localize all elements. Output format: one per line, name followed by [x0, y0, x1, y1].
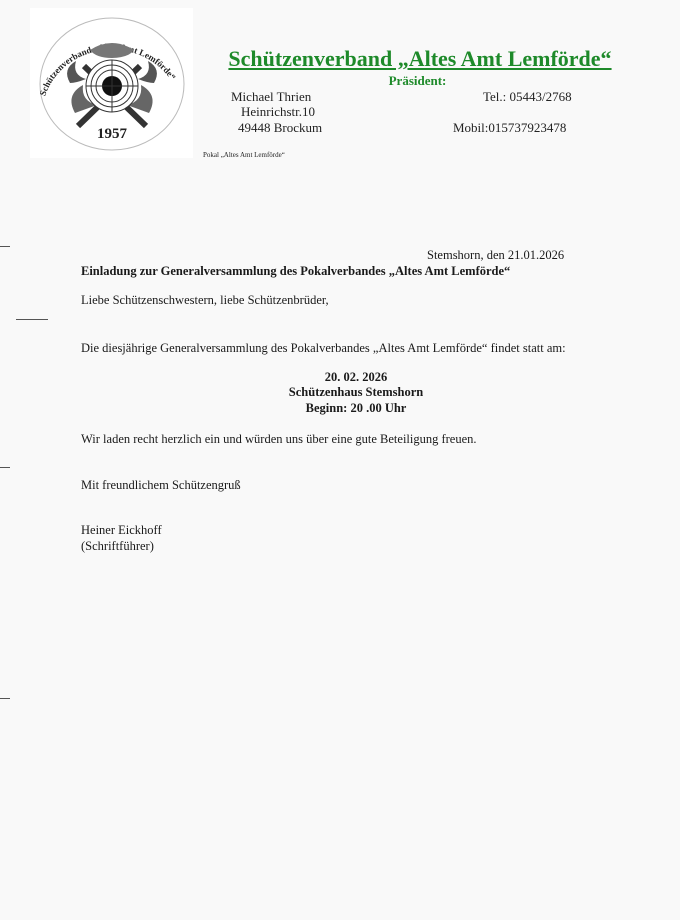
punch-mark	[16, 319, 48, 320]
place-date: Stemshorn, den 21.01.2026	[427, 248, 564, 263]
organization-title: Schützenverband „Altes Amt Lemförde“	[220, 46, 620, 72]
fold-mark	[0, 467, 10, 468]
president-city: 49448 Brockum	[238, 120, 322, 136]
fold-mark	[0, 698, 10, 699]
invitation-paragraph: Wir laden recht herzlich ein und würden …	[81, 432, 477, 447]
signer-role: (Schriftführer)	[81, 539, 154, 554]
signer-name: Heiner Eickhoff	[81, 523, 162, 538]
letter-subject: Einladung zur Generalversammlung des Pok…	[81, 264, 510, 279]
event-start-time: Beginn: 20 .00 Uhr	[80, 401, 632, 416]
president-label: Präsident:	[220, 73, 615, 89]
salutation: Liebe Schützenschwestern, liebe Schützen…	[81, 293, 329, 308]
svg-text:1957: 1957	[97, 126, 128, 142]
club-emblem-target-icon: Schützenverband „Altes Amt Lemförde“ 195…	[30, 8, 193, 158]
president-street: Heinrichstr.10	[241, 104, 315, 120]
president-name: Michael Thrien	[231, 89, 311, 105]
intro-paragraph: Die diesjährige Generalversammlung des P…	[81, 341, 566, 356]
club-logo: Schützenverband „Altes Amt Lemförde“ 195…	[30, 8, 193, 158]
closing: Mit freundlichem Schützengruß	[81, 478, 241, 493]
reference-line: Pokal „Altes Amt Lemförde“	[203, 151, 285, 159]
event-location: Schützenhaus Stemshorn	[80, 385, 632, 400]
event-date: 20. 02. 2026	[80, 370, 632, 385]
mobile-number: Mobil:015737923478	[453, 120, 566, 136]
fold-mark	[0, 246, 10, 247]
phone-number: Tel.: 05443/2768	[483, 89, 572, 105]
